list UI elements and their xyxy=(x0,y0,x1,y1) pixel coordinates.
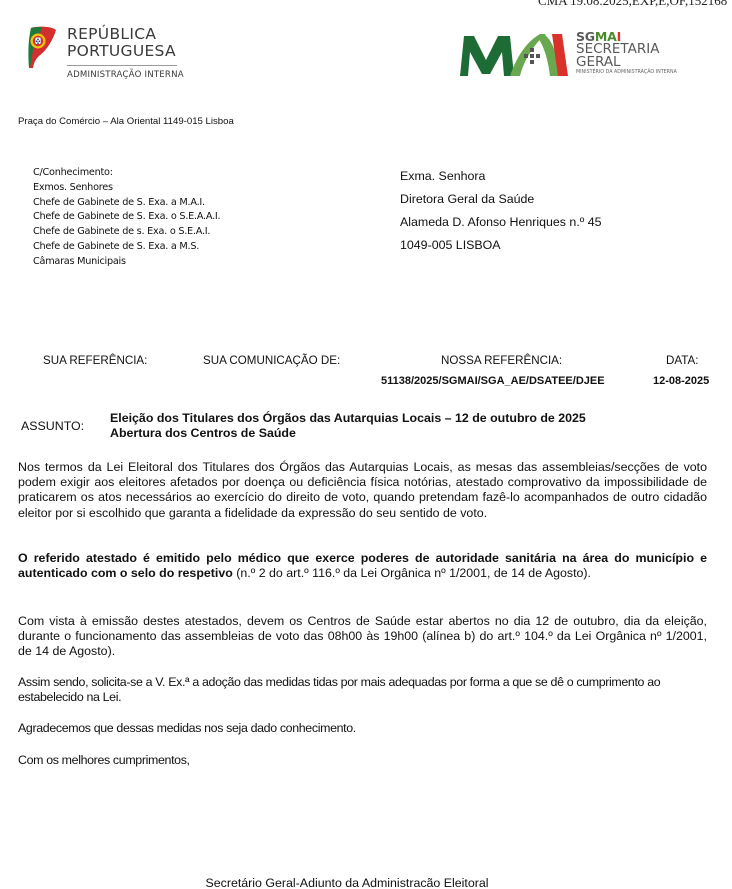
data-value: 12-08-2025 xyxy=(653,375,709,387)
document-stamp: CMA 19.08.2025,EXP,E,OF,152168 xyxy=(538,0,727,9)
subject-line-1: Eleição dos Titulares dos Órgãos das Aut… xyxy=(110,411,586,426)
recipient-line: Diretora Geral da Saúde xyxy=(400,188,602,211)
cc-line: Chefe de Gabinete de S. Exa. o S.E.A.A.I… xyxy=(33,210,220,225)
body-paragraph-5: Agradecemos que dessas medidas nos seja … xyxy=(18,721,707,736)
subject: Eleição dos Titulares dos Órgãos das Aut… xyxy=(110,411,586,441)
subject-label: ASSUNTO: xyxy=(21,419,84,433)
body-paragraph-2-rest: (n.º 2 do art.º 116.º da Lei Orgânica nº… xyxy=(233,566,591,580)
sgmai-mark-icon xyxy=(458,32,570,76)
sgmai-ministry: MINISTÉRIO DA ADMINISTRAÇÃO INTERNA xyxy=(576,69,677,77)
data-label: DATA: xyxy=(666,354,698,367)
recipient-line: 1049-005 LISBOA xyxy=(400,234,602,257)
cc-line: Chefe de Gabinete de S. Exa. a M.S. xyxy=(33,240,220,255)
closing-salutation: Com os melhores cumprimentos, xyxy=(18,753,707,768)
sgmai-wordmark: SGMAI SECRETARIA GERAL MINISTÉRIO DA ADM… xyxy=(576,30,677,77)
sua-referencia-label: SUA REFERÊNCIA: xyxy=(43,354,147,367)
cc-line: C/Conhecimento: xyxy=(33,166,220,181)
cc-line: Exmos. Senhores xyxy=(33,181,220,196)
nossa-referencia-label: NOSSA REFERÊNCIA: xyxy=(441,354,562,367)
cc-line: Chefe de Gabinete de s. Exa. o S.E.A.I. xyxy=(33,225,220,240)
sgmai-logo: SGMAI SECRETARIA GERAL MINISTÉRIO DA ADM… xyxy=(458,30,678,80)
sender-address: Praça do Comércio – Ala Oriental 1149-01… xyxy=(18,116,234,127)
recipient-line: Exma. Senhora xyxy=(400,165,602,188)
republica-portuguesa-logo: REPÚBLICA PORTUGUESA ADMINISTRAÇÃO INTER… xyxy=(27,26,187,86)
recipient-block: Exma. Senhora Diretora Geral da Saúde Al… xyxy=(400,165,602,257)
body-paragraph-4: Assim sendo, solicita-se a V. Ex.ª a ado… xyxy=(18,675,707,705)
cc-line: Chefe de Gabinete de S. Exa. a M.A.I. xyxy=(33,196,220,211)
nossa-referencia-value: 51138/2025/SGMAI/SGA_AE/DSATEE/DJEE xyxy=(381,375,605,387)
recipient-line: Alameda D. Afonso Henriques n.º 45 xyxy=(400,211,602,234)
sua-comunicacao-label: SUA COMUNICAÇÃO DE: xyxy=(203,354,340,367)
cc-line: Câmaras Municipais xyxy=(33,255,220,270)
subject-line-2: Abertura dos Centros de Saúde xyxy=(110,426,586,441)
sgmai-geral: GERAL xyxy=(576,56,677,69)
title-line-1: REPÚBLICA xyxy=(67,26,176,43)
republica-portuguesa-title: REPÚBLICA PORTUGUESA xyxy=(67,26,176,60)
body-paragraph-1: Nos termos da Lei Eleitoral dos Titulare… xyxy=(18,460,707,521)
cc-block: C/Conhecimento: Exmos. Senhores Chefe de… xyxy=(33,166,220,270)
administracao-interna-label: ADMINISTRAÇÃO INTERNA xyxy=(67,70,184,80)
signature-title: Secretário Geral-Adiunto da Administracã… xyxy=(0,876,694,889)
body-paragraph-3: Com vista à emissão destes atestados, de… xyxy=(18,614,707,660)
title-line-2: PORTUGUESA xyxy=(67,43,176,60)
logo-divider xyxy=(67,65,177,66)
body-paragraph-2: O referido atestado é emitido pelo médic… xyxy=(18,551,707,581)
portuguese-republic-emblem-icon xyxy=(27,26,57,68)
